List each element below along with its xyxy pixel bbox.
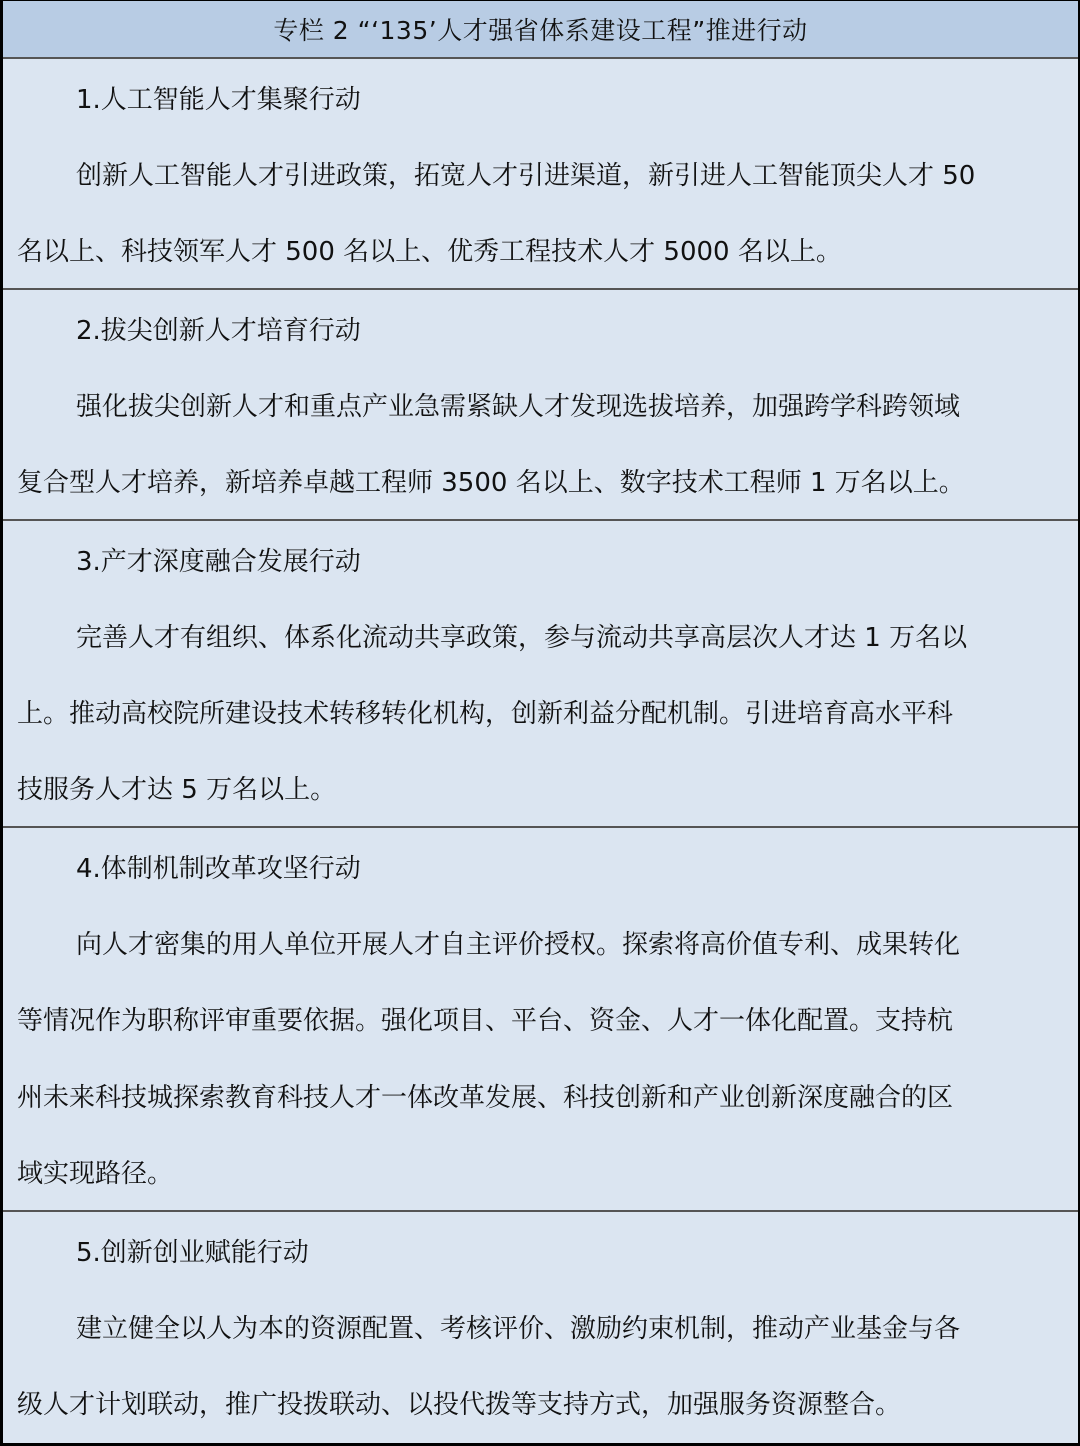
section-1: 1.人工智能人才集聚行动 创新人工智能人才引进政策，拓宽人才引进渠道，新引进人工… bbox=[3, 59, 1078, 290]
section-text: 创新人工智能人才引进政策，拓宽人才引进渠道，新引进人工智能顶尖人才 50 bbox=[76, 161, 975, 191]
section-text: 完善人才有组织、体系化流动共享政策，参与流动共享高层次人才达 1 万名以 bbox=[76, 623, 967, 653]
section-title: 1.人工智能人才集聚行动 bbox=[76, 85, 361, 115]
section-text: 等情况作为职称评审重要依据。强化项目、平台、资金、人才一体化配置。支持杭 bbox=[17, 1006, 953, 1036]
table-title: 专栏 2 “‘135’人才强省体系建设工程”推进行动 bbox=[273, 11, 807, 47]
section-title: 4.体制机制改革攻坚行动 bbox=[76, 854, 361, 884]
section-text: 强化拔尖创新人才和重点产业急需紧缺人才发现选拔培养，加强跨学科跨领域 bbox=[76, 392, 960, 422]
section-text: 复合型人才培养，新培养卓越工程师 3500 名以上、数字技术工程师 1 万名以上… bbox=[17, 468, 965, 498]
section-title: 3.产才深度融合发展行动 bbox=[76, 547, 361, 577]
section-title: 2.拔尖创新人才培育行动 bbox=[76, 316, 361, 346]
section-text: 域实现路径。 bbox=[17, 1159, 173, 1189]
section-title: 5.创新创业赋能行动 bbox=[76, 1238, 309, 1268]
table-header: 专栏 2 “‘135’人才强省体系建设工程”推进行动 bbox=[3, 1, 1078, 59]
section-2: 2.拔尖创新人才培育行动 强化拔尖创新人才和重点产业急需紧缺人才发现选拔培养，加… bbox=[3, 290, 1078, 521]
section-text: 级人才计划联动，推广投拨联动、以投代拨等支持方式，加强服务资源整合。 bbox=[17, 1390, 901, 1420]
section-text: 建立健全以人为本的资源配置、考核评价、激励约束机制，推动产业基金与各 bbox=[76, 1314, 960, 1344]
section-5: 5.创新创业赋能行动 建立健全以人为本的资源配置、考核评价、激励约束机制，推动产… bbox=[3, 1212, 1078, 1443]
section-text: 技服务人才达 5 万名以上。 bbox=[17, 775, 336, 805]
section-text: 名以上、科技领军人才 500 名以上、优秀工程技术人才 5000 名以上。 bbox=[17, 237, 842, 267]
section-3: 3.产才深度融合发展行动 完善人才有组织、体系化流动共享政策，参与流动共享高层次… bbox=[3, 521, 1078, 828]
action-plan-table: 专栏 2 “‘135’人才强省体系建设工程”推进行动 1.人工智能人才集聚行动 … bbox=[3, 1, 1078, 1443]
section-4: 4.体制机制改革攻坚行动 向人才密集的用人单位开展人才自主评价授权。探索将高价值… bbox=[3, 828, 1078, 1212]
section-text: 上。推动高校院所建设技术转移转化机构，创新利益分配机制。引进培育高水平科 bbox=[17, 699, 953, 729]
section-text: 向人才密集的用人单位开展人才自主评价授权。探索将高价值专利、成果转化 bbox=[76, 930, 960, 960]
section-text: 州未来科技城探索教育科技人才一体改革发展、科技创新和产业创新深度融合的区 bbox=[17, 1083, 953, 1113]
